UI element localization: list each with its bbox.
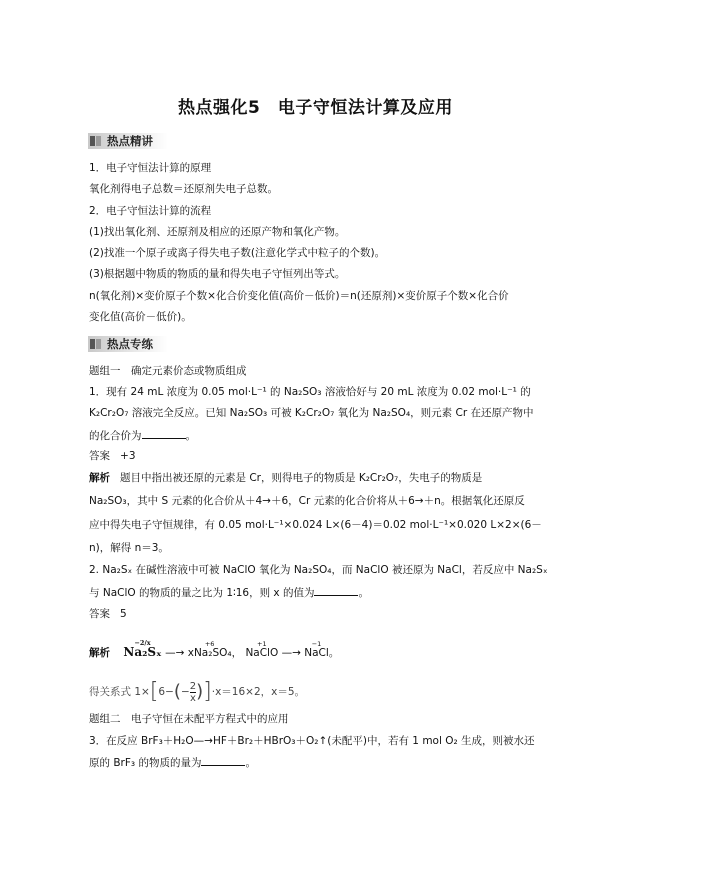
section-bar-icon — [96, 339, 101, 349]
answer-blank — [142, 428, 186, 439]
principle-text: 氧化剂得电子总数＝还原剂失电子总数。 — [89, 182, 278, 196]
process-step-1: (1)找出氧化剂、还原剂及相应的还原产物和氧化产物。 — [89, 225, 345, 239]
section-header-zhuanlian: 热点专练 — [88, 336, 168, 352]
q1-line-1: 1．现有 24 mL 浓度为 0.05 mol·L⁻¹ 的 Na₂SO₃ 溶液恰… — [89, 385, 531, 399]
q2-relation: 得关系式 1×[6−(−2x)]·x＝16×2，x＝5。 — [89, 680, 305, 704]
section-title: 热点精讲 — [107, 133, 153, 149]
arrow-icon: —→ — [165, 647, 184, 659]
section-bar-icon — [96, 136, 101, 146]
group1-title: 题组一 确定元素价态或物质组成 — [89, 364, 247, 378]
q2-line-2: 与 NaClO 的物质的量之比为 1∶16，则 x 的值为。 — [89, 585, 369, 600]
group2-title: 题组二 电子守恒在未配平方程式中的应用 — [89, 712, 289, 726]
q2-line-2-text: 与 NaClO 的物质的量之比为 1∶16，则 x 的值为 — [89, 587, 314, 599]
arrow-icon: —→ — [282, 647, 301, 659]
oxidation-state: +6 — [188, 637, 232, 651]
punct: 。 — [245, 757, 256, 769]
punct: 。 — [329, 647, 340, 659]
analysis-text: 题目中指出被还原的元素是 Cr，则得电子的物质是 K₂Cr₂O₇，失电子的物质是 — [120, 472, 482, 484]
q1-analysis-line-1: 解析 题目中指出被还原的元素是 Cr，则得电子的物质是 K₂Cr₂O₇，失电子的… — [89, 471, 482, 485]
oxidation-state: −1 — [304, 637, 329, 651]
section-header-jingjiang: 热点精讲 — [88, 133, 168, 149]
product-nacl: −1NaCl — [304, 646, 329, 660]
q1-answer: 答案 +3 — [89, 449, 136, 463]
answer-blank — [314, 585, 358, 596]
punct: ， — [232, 647, 243, 659]
relation-suffix: ·x＝16×2，x＝5。 — [212, 686, 305, 698]
answer-value: +3 — [120, 450, 135, 462]
section-title: 热点专练 — [107, 336, 153, 352]
process-step-2: (2)找准一个原子或离子得失电子数(注意化学式中粒子的个数)。 — [89, 246, 385, 260]
formula-line-1: n(氧化剂)×变价原子个数×化合价变化值(高价－低价)＝n(还原剂)×变价原子个… — [89, 289, 509, 303]
oxidation-state: −2/x — [123, 636, 161, 650]
q2-line-1: 2. Na₂Sₓ 在碱性溶液中可被 NaClO 氧化为 Na₂SO₄，而 NaC… — [89, 563, 547, 577]
q2-analysis-equation: 解析 −2/xNa₂Sₓ —→ +6xNa₂SO₄， +1NaClO —→ −1… — [89, 645, 339, 660]
oxidation-state: +1 — [245, 637, 278, 651]
relation-six: 6− — [158, 686, 173, 698]
q3-line-2-text: 原的 BrF₃ 的物质的量为 — [89, 757, 201, 769]
analysis-label: 解析 — [89, 472, 110, 484]
product-na2so4: +6xNa₂SO₄ — [188, 646, 232, 660]
answer-label: 答案 — [89, 450, 110, 462]
reactant-naclo: +1NaClO — [245, 646, 278, 660]
paren-open: ( — [174, 681, 181, 702]
answer-label: 答案 — [89, 608, 110, 620]
q2-answer: 答案 5 — [89, 607, 127, 621]
bracket-close: ] — [203, 679, 212, 704]
relation-prefix: 得关系式 1× — [89, 686, 150, 698]
principle-heading: 1．电子守恒法计算的原理 — [89, 161, 211, 175]
section-bar-icon — [90, 136, 95, 146]
q3-line-1: 3．在反应 BrF₃＋H₂O—→HF＋Br₂＋HBrO₃＋O₂↑(未配平)中，若… — [89, 734, 535, 748]
q1-analysis-line-3: 应中得失电子守恒规律，有 0.05 mol·L⁻¹×0.024 L×(6－4)＝… — [89, 518, 542, 532]
page-title: 热点强化5 电子守恒法计算及应用 — [178, 93, 453, 118]
document-page: 热点强化5 电子守恒法计算及应用 热点精讲 1．电子守恒法计算的原理 氧化剂得电… — [0, 0, 701, 877]
analysis-label: 解析 — [89, 647, 110, 659]
q1-line-2: K₂Cr₂O₇ 溶液完全反应。已知 Na₂SO₃ 可被 K₂Cr₂O₇ 氧化为 … — [89, 406, 533, 420]
formula-line-2: 变化值(高价－低价)。 — [89, 310, 192, 324]
q1-analysis-line-4: n)，解得 n＝3。 — [89, 541, 169, 555]
q1-line-3: 的化合价为。 — [89, 428, 196, 443]
process-heading: 2．电子守恒法计算的流程 — [89, 204, 211, 218]
punct: 。 — [186, 430, 197, 442]
reactant-na2sx: −2/xNa₂Sₓ — [123, 645, 161, 659]
process-step-3: (3)根据题中物质的物质的量和得失电子守恒列出等式。 — [89, 267, 345, 281]
answer-value: 5 — [120, 608, 127, 620]
q1-analysis-line-2: Na₂SO₃，其中 S 元素的化合价从＋4→＋6，Cr 元素的化合价将从＋6→＋… — [89, 494, 525, 508]
punct: 。 — [358, 587, 369, 599]
q3-line-2: 原的 BrF₃ 的物质的量为。 — [89, 755, 256, 770]
answer-blank — [201, 755, 245, 766]
q1-line-3-text: 的化合价为 — [89, 430, 142, 442]
section-bar-icon — [90, 339, 95, 349]
